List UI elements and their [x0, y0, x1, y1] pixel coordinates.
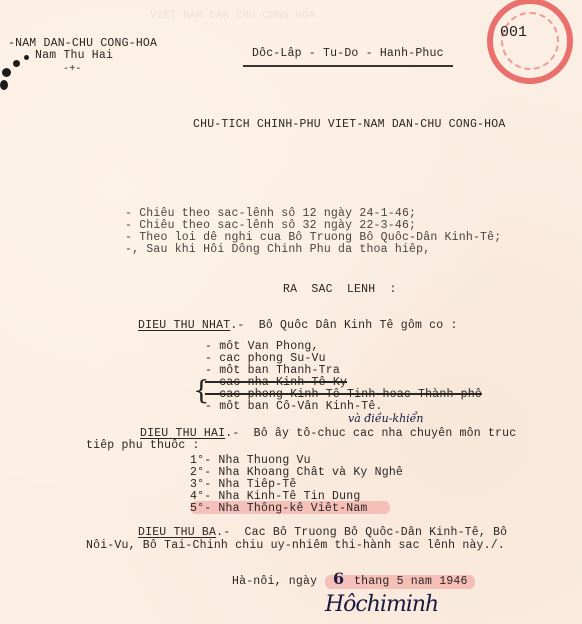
signature: Hôchiminh	[325, 592, 438, 617]
document-page: VIET-NAM DAN CHU CONG HOA -NAM DAN-CHU C…	[0, 0, 582, 624]
article-2-item: 5°- Nha Thông-kê Viêt-Nam	[190, 502, 368, 515]
document-title: CHU-TICH CHINH-PHU VIET-NAM DAN-CHU CONG…	[193, 118, 505, 131]
ink-blot	[24, 55, 29, 60]
article-3-line2: Nôi-Vu, Bô Tai-Chinh chiu uy-nhiêm thi-h…	[86, 539, 505, 552]
motto: Dôc-Lâp - Tu-Do - Hanh-Phuc	[252, 47, 444, 60]
handwritten-insert: và điều-khiển	[348, 412, 424, 425]
article-1-label: DIEU THU NHAT	[138, 319, 230, 332]
handwritten-brace: {	[193, 378, 210, 404]
year-line: Nam Thu Hai	[35, 49, 113, 62]
article-2-intro-cont: tiêp phu thuôc :	[86, 439, 200, 452]
article-3-line1: .- Cac Bô Truong Bô Quôc-Dân Kinh-Tê, Bô	[216, 526, 507, 539]
article-3-heading: DIEU THU BA.- Cac Bô Truong Bô Quôc-Dân …	[138, 526, 507, 539]
motto-underline	[243, 65, 453, 67]
dateline-day: 6	[333, 569, 344, 588]
article-2-intro: .- Bô ây tô-chuc cac nha chuyên môn truc	[225, 427, 516, 440]
article-1-heading: DIEU THU NHAT.- Bô Quôc Dân Kinh Tê gôm …	[138, 319, 458, 332]
red-stamp	[487, 0, 573, 84]
bleed-through-text: VIET-NAM DAN CHU CONG HOA	[150, 10, 315, 22]
dateline-suffix: thang 5 nam 1946	[354, 575, 468, 588]
ink-blot	[13, 60, 20, 67]
ink-blot	[2, 68, 11, 77]
decree-heading: RA SAC LENH :	[283, 283, 397, 296]
dateline-prefix: Hà-nôi, ngày	[232, 575, 317, 588]
article-3-label: DIEU THU BA	[138, 526, 216, 539]
preamble-line: -, Sau khi Hôi Dông Chinh Phu da thoa hi…	[125, 243, 430, 256]
stamp-number: 001	[500, 24, 527, 41]
article-1-intro: .- Bô Quôc Dân Kinh Tê gôm co :	[230, 319, 457, 332]
header-separator: -+-	[63, 63, 82, 76]
ink-blot	[0, 80, 8, 90]
